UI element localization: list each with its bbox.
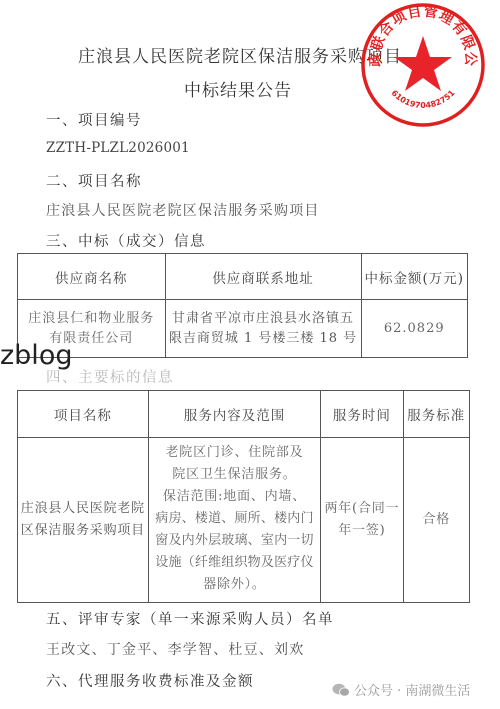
scope-line: 保洁范围:地面、内墙、 bbox=[149, 486, 321, 508]
section-heading-experts: 五、评审专家（单一来源采购人员）名单 bbox=[46, 608, 334, 629]
award-table-header-row: 供应商名称 供应商联系地址 中标金额(万元) bbox=[18, 254, 468, 300]
experts-list: 王改文、丁金平、李学智、杜豆、刘欢 bbox=[46, 639, 304, 659]
header-award-amount: 中标金额(万元) bbox=[361, 254, 468, 300]
project-name-value: 庄浪县人民医院老院区保洁服务采购项目 bbox=[46, 200, 320, 220]
star-icon bbox=[394, 36, 452, 91]
wechat-account-label: 公众号 · 南湖微生活 bbox=[354, 680, 470, 699]
subject-table-header-row: 项目名称 服务内容及范围 服务时间 服务标准 bbox=[18, 391, 470, 438]
service-time-line1: 两年(合同一 bbox=[321, 498, 402, 520]
award-table: 供应商名称 供应商联系地址 中标金额(万元) 庄浪县仁和物业服务 有限责任公司 … bbox=[17, 253, 468, 358]
service-scope-cell: 老院区门诊、住院部及 院区卫生保洁服务。 保洁范围:地面、内墙、 病房、楼道、厕… bbox=[148, 438, 321, 603]
header-service-time: 服务时间 bbox=[321, 391, 403, 438]
scope-line: 器除外）。 bbox=[149, 574, 321, 596]
award-amount-cell: 62.0829 bbox=[361, 300, 468, 358]
project-name-line1: 庄浪县人民医院老院 bbox=[18, 498, 148, 520]
header-supplier-name: 供应商名称 bbox=[18, 254, 166, 300]
seal-code-text: 6101970482751 bbox=[389, 88, 456, 110]
project-name-line2: 区保洁服务采购项目 bbox=[18, 520, 148, 542]
scope-line: 病房、楼道、厕所、楼内门 bbox=[149, 508, 321, 530]
section-heading-project-name: 二、项目名称 bbox=[46, 170, 142, 191]
table-row: 庄浪县仁和物业服务 有限责任公司 甘肃省平凉市庄浪县水洛镇五 限吉商贸城 1 号… bbox=[18, 300, 468, 358]
supplier-address-line1: 甘肃省平凉市庄浪县水洛镇五 bbox=[166, 309, 361, 329]
svg-text:6101970482751: 6101970482751 bbox=[389, 88, 456, 110]
section-heading-agency-fee: 六、代理服务收费标准及金额 bbox=[46, 670, 254, 691]
supplier-address-cell: 甘肃省平凉市庄浪县水洛镇五 限吉商贸城 1 号楼三楼 18 号 bbox=[165, 300, 361, 358]
project-number-value: ZZTH-PLZL2026001 bbox=[46, 140, 190, 156]
service-time-line2: 年一签) bbox=[321, 520, 402, 542]
zblog-watermark: zblog bbox=[0, 340, 72, 371]
header-service-standard: 服务标准 bbox=[403, 391, 469, 438]
document-title-line2: 中标结果公告 bbox=[184, 76, 292, 101]
header-project-name: 项目名称 bbox=[18, 391, 149, 438]
table-row: 庄浪县人民医院老院 区保洁服务采购项目 老院区门诊、住院部及 院区卫生保洁服务。… bbox=[18, 438, 470, 603]
supplier-address-line2: 限吉商贸城 1 号楼三楼 18 号 bbox=[166, 329, 361, 349]
header-supplier-address: 供应商联系地址 bbox=[165, 254, 361, 300]
wechat-icon bbox=[332, 683, 350, 697]
project-name-cell: 庄浪县人民医院老院 区保洁服务采购项目 bbox=[18, 438, 149, 603]
scope-line: 窗及内外层玻璃、室内一切 bbox=[149, 530, 321, 552]
subject-table: 项目名称 服务内容及范围 服务时间 服务标准 庄浪县人民医院老院 区保洁服务采购… bbox=[17, 390, 470, 603]
service-standard-cell: 合格 bbox=[403, 438, 469, 603]
scope-line: 院区卫生保洁服务。 bbox=[149, 464, 321, 486]
document-title-line1: 庄浪县人民医院老院区保洁服务采购项目 bbox=[78, 42, 402, 67]
section-heading-project-number: 一、项目编号 bbox=[46, 109, 142, 130]
company-seal-stamp: 中政联合项目管理有限公司 6101970482751 bbox=[360, 2, 486, 128]
scope-line: 老院区门诊、住院部及 bbox=[149, 442, 321, 464]
header-service-scope: 服务内容及范围 bbox=[148, 391, 321, 438]
scope-line: 设施（纤维组织物及医疗仪 bbox=[149, 552, 321, 574]
supplier-name-line1: 庄浪县仁和物业服务 bbox=[18, 309, 165, 329]
wechat-account-watermark: 公众号 · 南湖微生活 bbox=[332, 680, 470, 699]
section-heading-award-info: 三、中标（成交）信息 bbox=[46, 230, 206, 251]
service-time-cell: 两年(合同一 年一签) bbox=[321, 438, 403, 603]
